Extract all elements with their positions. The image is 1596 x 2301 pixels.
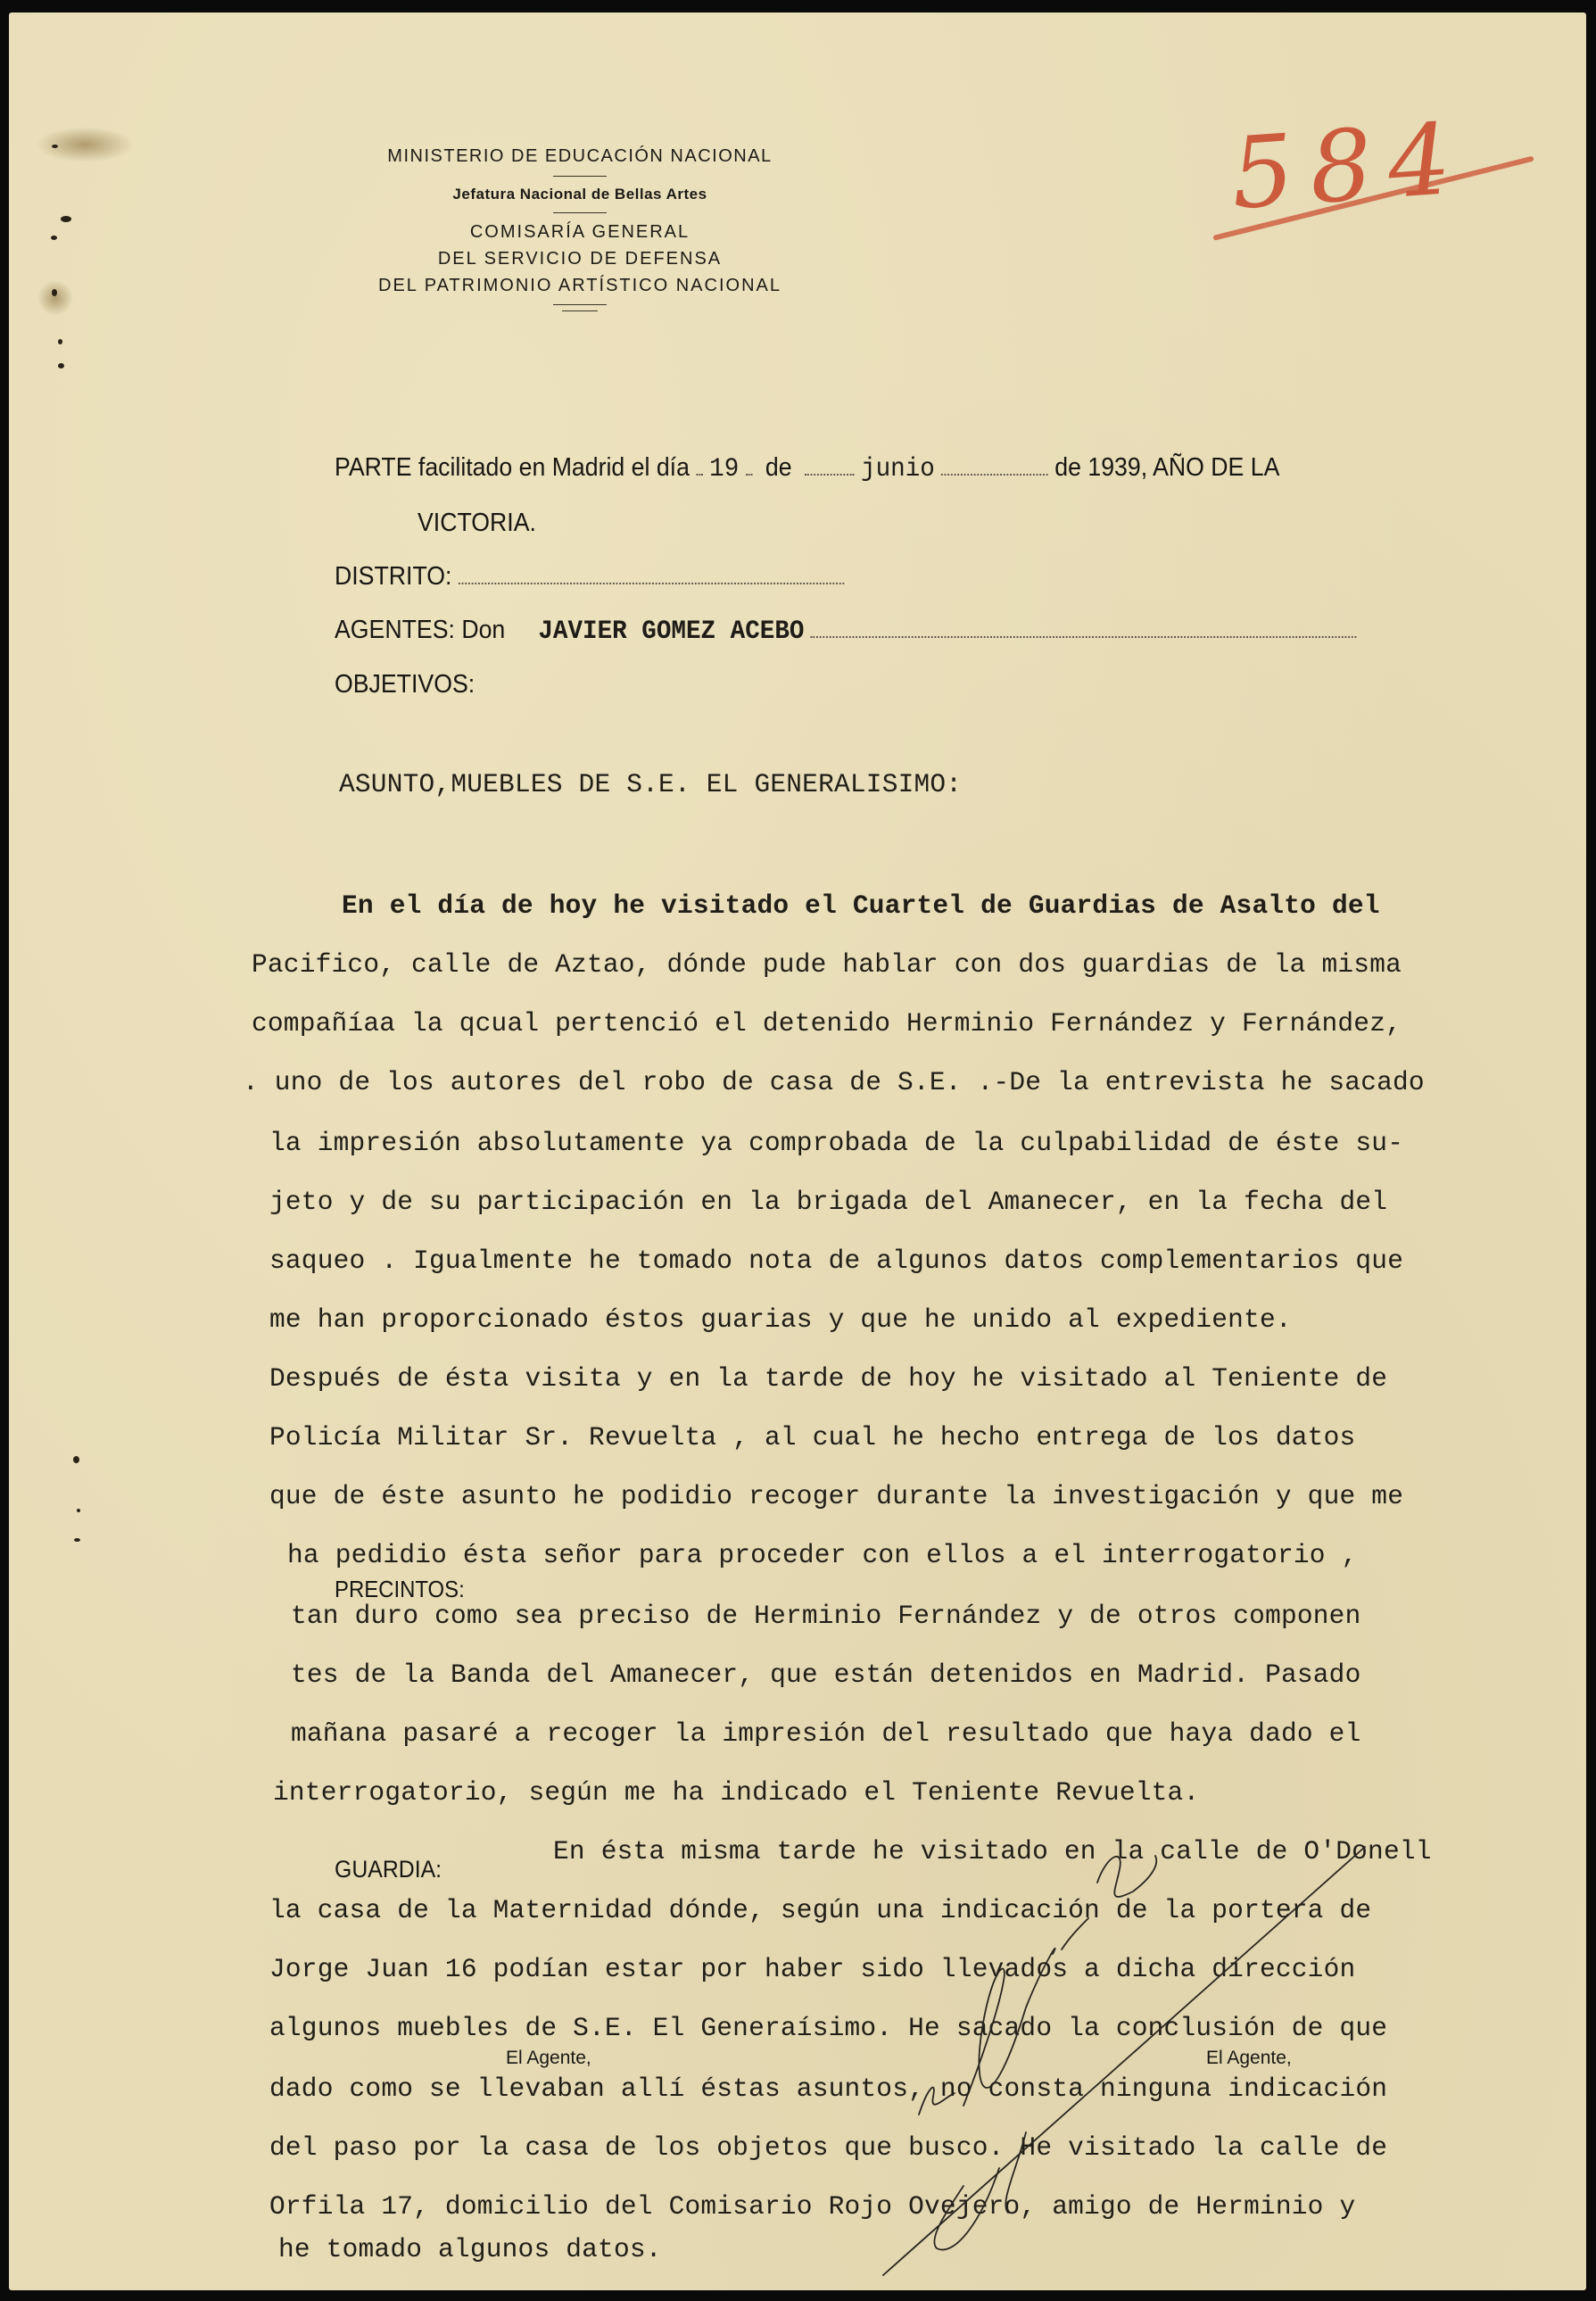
- margin-hole-mark: [77, 1509, 80, 1512]
- folio-number-annotation: 584: [1228, 101, 1470, 231]
- report-line: la impresión absolutamente ya comprobada…: [269, 1128, 1403, 1158]
- report-line: . uno de los autores del robo de casa de…: [243, 1067, 1425, 1097]
- report-line: Después de ésta visita y en la tarde de …: [269, 1363, 1387, 1394]
- report-line: compañíaa la qcual pertenció el detenido…: [252, 1008, 1402, 1039]
- report-line: Policía Militar Sr. Revuelta , al cual h…: [269, 1422, 1355, 1453]
- de-label: de: [765, 453, 792, 482]
- margin-hole-mark: [51, 236, 57, 240]
- commission-line-3: DEL PATRIMONIO ARTÍSTICO NACIONAL: [330, 272, 830, 299]
- report-line: mañana pasaré a recoger la impresión del…: [291, 1718, 1361, 1749]
- report-line: algunos muebles de S.E. El Generaísimo. …: [269, 2013, 1387, 2043]
- report-line: me han proporcionado éstos guarias y que…: [269, 1304, 1292, 1335]
- distrito-field: [459, 582, 844, 584]
- report-subject: ASUNTO,MUEBLES DE S.E. EL GENERALISIMO:: [339, 769, 962, 799]
- parte-line: PARTE facilitado en Madrid el día 19 de …: [335, 453, 1279, 484]
- document-page: MINISTERIO DE EDUCACIÓN NACIONAL Jefatur…: [9, 12, 1586, 2290]
- margin-hole-mark: [58, 339, 62, 344]
- ministry-name: MINISTERIO DE EDUCACIÓN NACIONAL: [330, 142, 830, 170]
- report-line: Orfila 17, domicilio del Comisario Rojo …: [269, 2191, 1355, 2222]
- objetivos-label: OBJETIVOS:: [335, 670, 475, 699]
- report-line: tes de la Banda del Amanecer, que están …: [291, 1660, 1361, 1690]
- letterhead-divider: [553, 212, 607, 213]
- commission-line-1: COMISARÍA GENERAL: [330, 219, 830, 245]
- report-line: he tomado algunos datos.: [278, 2234, 662, 2264]
- margin-hole-mark: [73, 1456, 79, 1463]
- report-line: saqueo . Igualmente he tomado nota de al…: [269, 1246, 1403, 1276]
- victoria-label: VICTORIA.: [418, 509, 536, 538]
- report-line: Jorge Juan 16 podían estar por haber sid…: [269, 1954, 1355, 1984]
- letterhead-divider: [553, 304, 607, 305]
- stain-mark: [37, 280, 73, 316]
- letterhead: MINISTERIO DE EDUCACIÓN NACIONAL Jefatur…: [330, 142, 830, 314]
- parte-prefix: PARTE facilitado en Madrid el día: [335, 453, 690, 482]
- agent-signature-label-right: El Agente,: [1206, 2048, 1292, 2069]
- guardia-label: GUARDIA:: [335, 1856, 442, 1883]
- department-name: Jefatura Nacional de Bellas Artes: [330, 182, 830, 207]
- report-line: En ésta misma tarde he visitado en la ca…: [553, 1836, 1432, 1866]
- report-month: junio: [861, 454, 935, 484]
- report-line: dado como se llevaban allí éstas asuntos…: [269, 2073, 1387, 2104]
- margin-hole-mark: [61, 216, 71, 222]
- report-line: la casa de la Maternidad dónde, según un…: [269, 1895, 1371, 1925]
- report-line: En el día de hoy he visitado el Cuartel …: [342, 890, 1380, 921]
- margin-hole-mark: [58, 363, 64, 368]
- report-line: tan duro como sea preciso de Herminio Fe…: [291, 1601, 1361, 1631]
- report-line: jeto y de su participación en la brigada…: [269, 1187, 1387, 1217]
- agent-signature-label-left: El Agente,: [506, 2048, 591, 2069]
- report-line: ha pedidio ésta señor para proceder con …: [287, 1540, 1358, 1570]
- report-line: Pacifico, calle de Aztao, dónde pude hab…: [252, 949, 1402, 980]
- year-suffix: de 1939, AÑO DE LA: [1054, 453, 1279, 482]
- agentes-label: AGENTES: Don: [335, 616, 505, 644]
- report-line: que de éste asunto he podidio recoger du…: [269, 1481, 1403, 1511]
- margin-hole-mark: [52, 289, 57, 296]
- distrito-label: DISTRITO:: [335, 562, 451, 591]
- distrito-line: DISTRITO:: [335, 562, 844, 592]
- commission-line-2: DEL SERVICIO DE DEFENSA: [330, 245, 830, 272]
- margin-hole-mark: [52, 145, 58, 148]
- report-line: interrogatorio, según me ha indicado el …: [273, 1777, 1199, 1808]
- agentes-line: AGENTES: Don JAVIER GOMEZ ACEBO: [335, 616, 1357, 647]
- margin-hole-mark: [74, 1538, 80, 1542]
- precintos-label: PRECINTOS:: [335, 1576, 465, 1603]
- stain-mark: [36, 127, 134, 162]
- report-day: 19: [709, 454, 739, 484]
- agent-name: JAVIER GOMEZ ACEBO: [538, 617, 804, 647]
- letterhead-divider: [553, 176, 607, 177]
- report-line: del paso por la casa de los objetos que …: [269, 2132, 1387, 2163]
- letterhead-divider: [562, 310, 598, 311]
